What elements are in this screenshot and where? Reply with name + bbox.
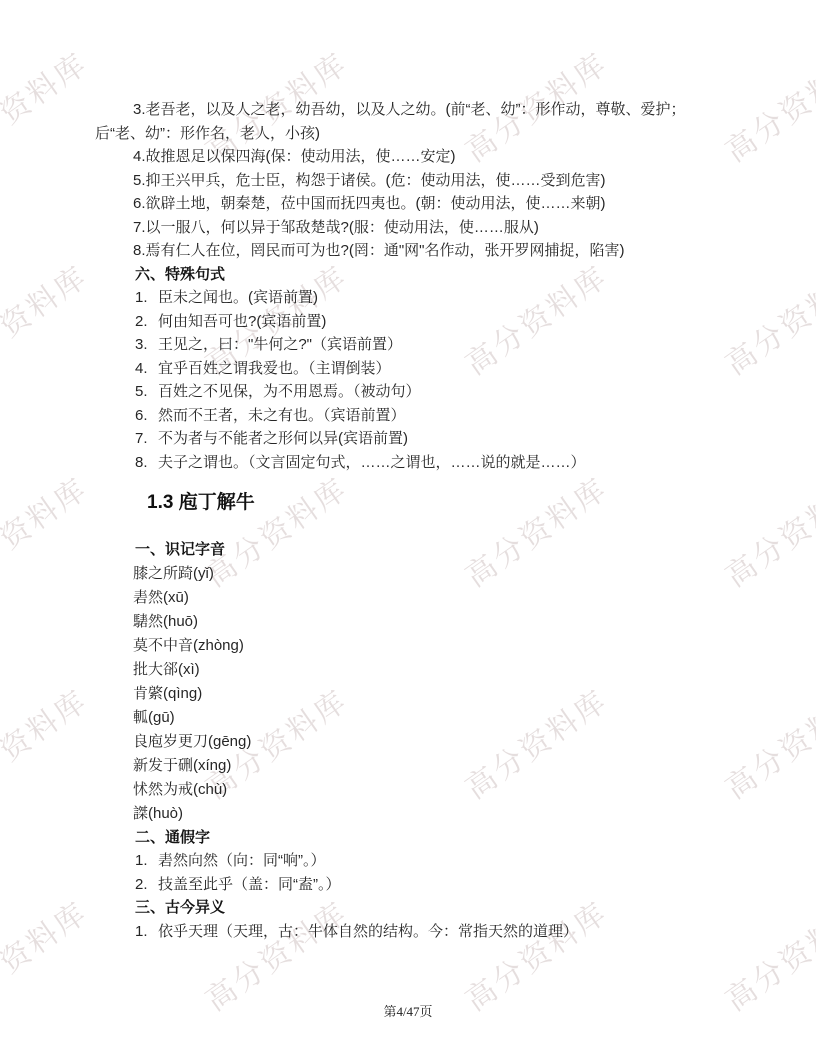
list-text: 宜乎百姓之谓我爱也。（主谓倒装） <box>158 360 391 377</box>
pinyin-line: 良庖岁更刀(gēng) <box>133 730 721 754</box>
watermark: 高分资料库 <box>715 465 816 596</box>
pinyin-line: 砉然(xū) <box>133 586 721 610</box>
list-number: 5. <box>135 380 158 404</box>
paragraph-line: 5.抑王兴甲兵，危士臣，构怨于诸侯。(危：使动用法，使……受到危害) <box>133 169 721 193</box>
list-number: 1. <box>135 286 158 310</box>
list-number: 6. <box>135 404 158 428</box>
list-text: 砉然向然（向：同“响”。） <box>158 852 326 869</box>
list-item: 3.王见之，曰："牛何之?"（宾语前置） <box>135 333 721 357</box>
watermark: 高分资料库 <box>715 889 816 1020</box>
list-item: 8.夫子之谓也。（文言固定句式，……之谓也，……说的就是……） <box>135 451 721 475</box>
watermark: 高分资料库 <box>0 677 95 808</box>
list-number: 4. <box>135 357 158 381</box>
list-item: 2.技盖至此乎（盖：同“盍”。） <box>135 873 721 897</box>
list-number: 7. <box>135 427 158 451</box>
pinyin-line: 莫不中音(zhòng) <box>133 634 721 658</box>
paragraph-line: 4.故推恩足以保四海(保：使动用法，使……安定) <box>133 145 721 169</box>
list-text: 百姓之不见保，为不用恩焉。（被动句） <box>158 383 421 400</box>
list-number: 1. <box>135 849 158 873</box>
watermark: 高分资料库 <box>715 40 816 171</box>
document-content: 3.老吾老，以及人之老，幼吾幼，以及人之幼。(前“老、幼”：形作动，尊敬、爱护；… <box>95 98 721 943</box>
list-item: 1.臣未之闻也。(宾语前置) <box>135 286 721 310</box>
list-item: 7.不为者与不能者之形何以异(宾语前置) <box>135 427 721 451</box>
paragraph-line: 3.老吾老，以及人之老，幼吾幼，以及人之幼。(前“老、幼”：形作动，尊敬、爱护； <box>133 98 721 122</box>
pinyin-line: 新发于硎(xíng) <box>133 754 721 778</box>
watermark: 高分资料库 <box>0 253 95 384</box>
list-text: 夫子之谓也。（文言固定句式，……之谓也，……说的就是……） <box>158 454 586 471</box>
paragraph-line: 7.以一服八，何以异于邹敌楚哉?(服：使动用法，使……服从) <box>133 216 721 240</box>
list-item: 1.依乎天理（天理，古：牛体自然的结构。今：常指天然的道理） <box>135 920 721 944</box>
list-text: 何由知吾可也?(宾语前置) <box>158 313 326 330</box>
watermark: 高分资料库 <box>715 253 816 384</box>
watermark: 高分资料库 <box>0 889 95 1020</box>
list-item: 1.砉然向然（向：同“响”。） <box>135 849 721 873</box>
list-number: 2. <box>135 310 158 334</box>
page-footer: 第4/47页 <box>0 1001 816 1020</box>
pinyin-line: 謋(huò) <box>133 802 721 826</box>
document-page: 高分资料库高分资料库高分资料库高分资料库高分资料库高分资料库高分资料库高分资料库… <box>0 0 816 1056</box>
paragraph-line: 6.欲辟土地，朝秦楚，莅中国而抚四夷也。(朝：使动用法，使……来朝) <box>133 192 721 216</box>
list-text: 王见之，曰："牛何之?"（宾语前置） <box>158 336 402 353</box>
watermark: 高分资料库 <box>0 40 95 171</box>
list-text: 臣未之闻也。(宾语前置) <box>158 289 318 306</box>
list-number: 1. <box>135 920 158 944</box>
section-heading: 二、通假字 <box>135 826 721 850</box>
list-text: 技盖至此乎（盖：同“盍”。） <box>158 876 341 893</box>
pinyin-line: 怵然为戒(chù) <box>133 778 721 802</box>
page-number: 第4/47页 <box>383 1004 432 1019</box>
list-text: 然而不王者，未之有也。（宾语前置） <box>158 407 406 424</box>
list-number: 3. <box>135 333 158 357</box>
pinyin-line: 軱(gū) <box>133 706 721 730</box>
section-heading: 六、特殊句式 <box>135 263 721 287</box>
list-item: 2.何由知吾可也?(宾语前置) <box>135 310 721 334</box>
pinyin-line: 騞然(huō) <box>133 610 721 634</box>
section-heading: 三、古今异义 <box>135 896 721 920</box>
chapter-title: 1.3 庖丁解牛 <box>147 490 721 516</box>
section-heading: 一、识记字音 <box>135 538 721 562</box>
list-item: 6.然而不王者，未之有也。（宾语前置） <box>135 404 721 428</box>
list-number: 8. <box>135 451 158 475</box>
pinyin-line: 肯綮(qìng) <box>133 682 721 706</box>
paragraph-line: 8.焉有仁人在位，罔民而可为也?(罔：通"网"名作动，张开罗网捕捉，陷害) <box>133 239 721 263</box>
paragraph-line: 后“老、幼”：形作名，老人，小孩) <box>95 122 721 146</box>
pinyin-line: 批大郤(xì) <box>133 658 721 682</box>
pinyin-line: 膝之所踦(yǐ) <box>133 562 721 586</box>
list-number: 2. <box>135 873 158 897</box>
watermark: 高分资料库 <box>0 465 95 596</box>
list-item: 4.宜乎百姓之谓我爱也。（主谓倒装） <box>135 357 721 381</box>
watermark: 高分资料库 <box>715 677 816 808</box>
list-text: 依乎天理（天理，古：牛体自然的结构。今：常指天然的道理） <box>158 923 578 940</box>
list-item: 5.百姓之不见保，为不用恩焉。（被动句） <box>135 380 721 404</box>
list-text: 不为者与不能者之形何以异(宾语前置) <box>158 430 408 447</box>
